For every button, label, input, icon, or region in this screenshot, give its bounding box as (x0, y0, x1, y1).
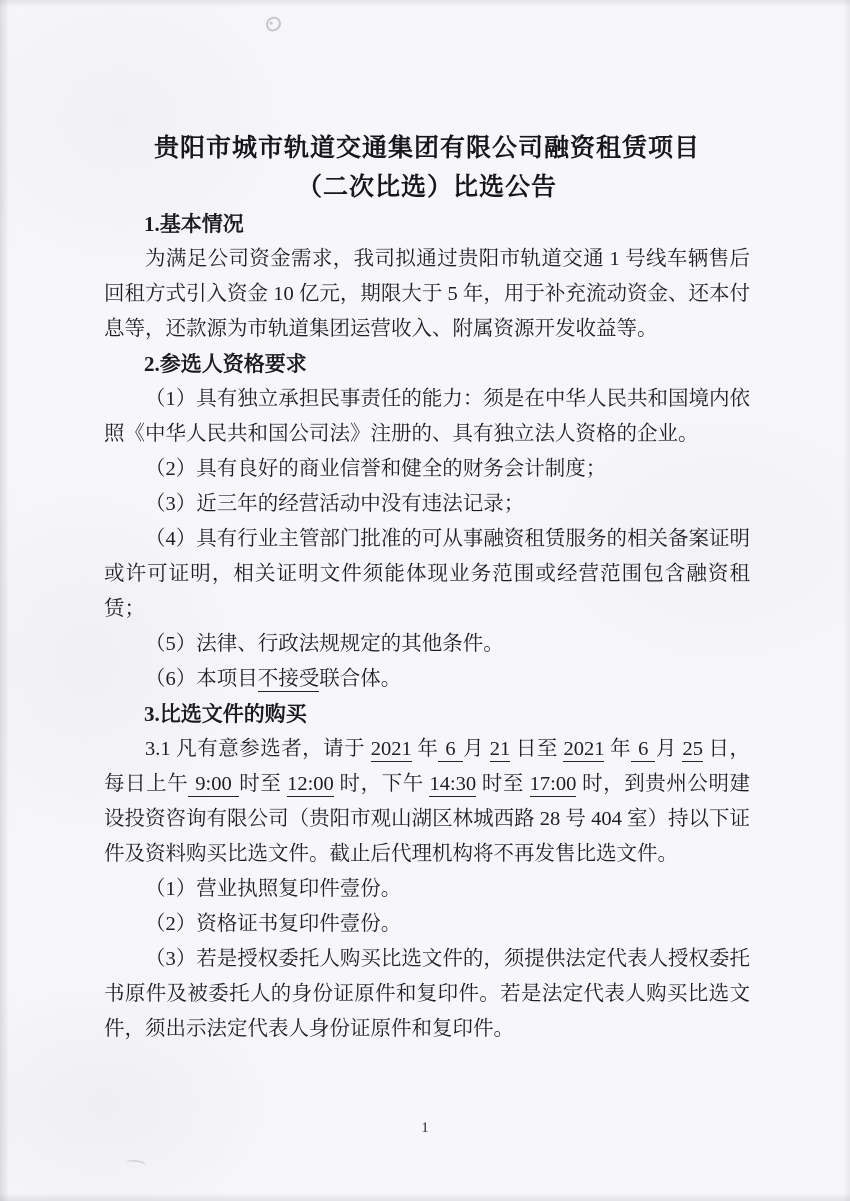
underlined-day-start: 21 (490, 738, 511, 762)
qualification-item-4: （4）具有行业主管部门批准的可从事融资租赁服务的相关备案证明或许可证明，相关证明… (104, 522, 750, 627)
document-content: 贵阳市城市轨道交通集团有限公司融资租赁项目 （二次比选）比选公告 1.基本情况 … (104, 129, 750, 1047)
section-heading-qualifications: 2.参选人资格要求 (104, 347, 750, 382)
purchase-doc-item-3: （3）若是授权委托人购买比选文件的，须提供法定代表人授权委托书原件及被委托人的身… (104, 942, 750, 1047)
underlined-month-start: 6 (438, 738, 462, 762)
section-heading-basic-info: 1.基本情况 (104, 207, 750, 242)
text-segment: 月 (463, 738, 490, 760)
scan-artifact-bottom (126, 1159, 147, 1170)
doc-title-line2: （二次比选）比选公告 (104, 168, 750, 207)
text-segment: 时至 (476, 773, 530, 795)
paragraph-basic-info: 为满足公司资金需求，我司拟通过贵阳市轨道交通 1 号线车辆售后回租方式引入资金 … (104, 242, 750, 347)
underlined-text-no-consortium: 不接受 (258, 668, 320, 692)
text-segment: 月 (655, 738, 682, 760)
scanned-document-page: 贵阳市城市轨道交通集团有限公司融资租赁项目 （二次比选）比选公告 1.基本情况 … (0, 0, 850, 1201)
underlined-month-end: 6 (631, 738, 655, 762)
underlined-year-end: 2021 (563, 738, 604, 762)
text-segment: 时至 (239, 773, 287, 795)
underlined-time-afternoon-end: 17:00 (530, 773, 577, 797)
purchase-doc-item-2: （2）资格证书复印件壹份。 (104, 907, 750, 942)
text-segment: 日至 (510, 738, 563, 760)
underlined-time-morning-end: 12:00 (287, 773, 334, 797)
paragraph-purchase-terms: 3.1 凡有意参选者，请于 2021 年6月 21 日至 2021 年6月 25… (104, 732, 750, 872)
qualification-item-6: （6）本项目不接受联合体。 (104, 662, 750, 697)
page-number: 1 (0, 1120, 850, 1137)
text-segment: 年 (604, 738, 631, 760)
text-segment: （6）本项目 (145, 668, 258, 690)
underlined-year-start: 2021 (371, 738, 412, 762)
section-heading-purchase: 3.比选文件的购买 (104, 697, 750, 732)
underlined-day-end: 25 (682, 738, 703, 762)
scan-artifact-top (264, 15, 283, 33)
underlined-time-afternoon-start: 14:30 (429, 773, 476, 797)
qualification-item-1: （1）具有独立承担民事责任的能力：须是在中华人民共和国境内依照《中华人民共和国公… (104, 382, 750, 452)
qualification-item-2: （2）具有良好的商业信誉和健全的财务会计制度； (104, 452, 750, 487)
doc-title-line1: 贵阳市城市轨道交通集团有限公司融资租赁项目 (104, 129, 750, 168)
qualification-item-3: （3）近三年的经营活动中没有违法记录； (104, 487, 750, 522)
text-segment: 年 (412, 738, 439, 760)
text-segment: 联合体。 (319, 668, 401, 690)
underlined-time-morning-start: 9:00 (188, 773, 238, 797)
text-segment: 3.1 凡有意参选者，请于 (145, 738, 371, 760)
purchase-doc-item-1: （1）营业执照复印件壹份。 (104, 872, 750, 907)
qualification-item-5: （5）法律、行政法规规定的其他条件。 (104, 627, 750, 662)
text-segment: 时，下午 (334, 773, 430, 795)
